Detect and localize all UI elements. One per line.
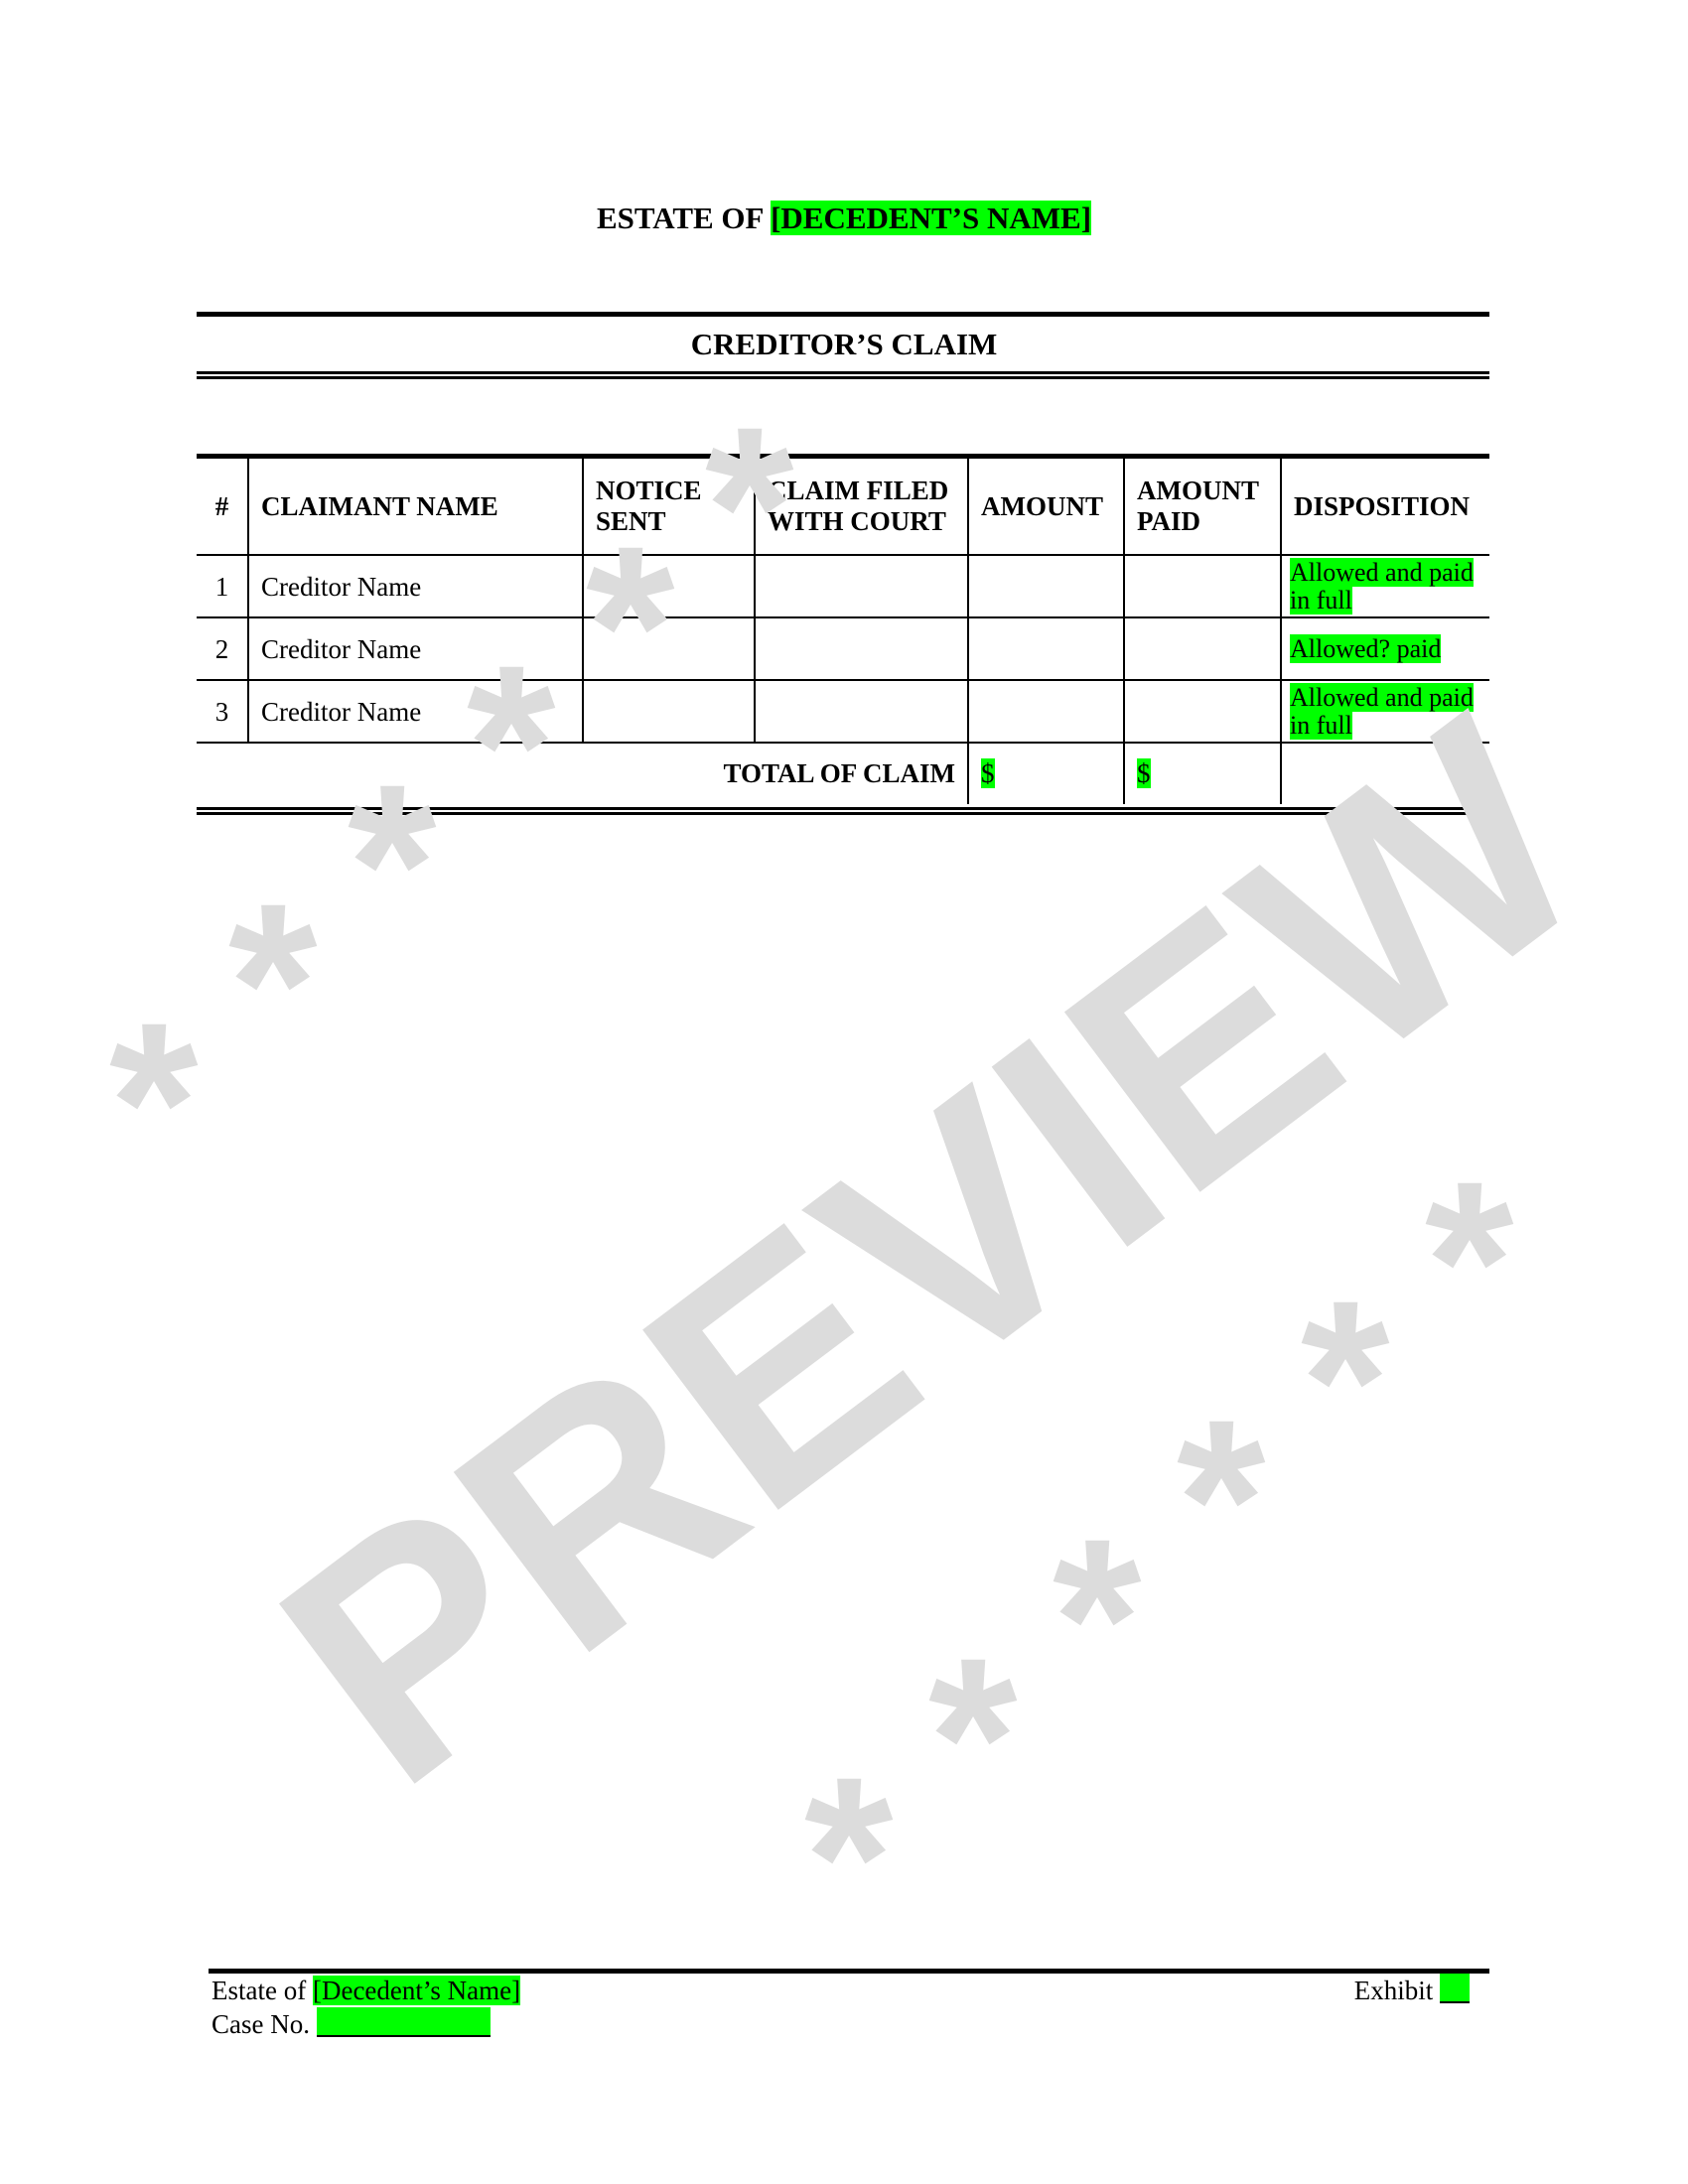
header-notice-sent: NOTICE SENT xyxy=(583,457,755,556)
amount-cell[interactable] xyxy=(968,680,1124,743)
claim-filed-cell[interactable] xyxy=(755,555,968,617)
total-amount-cell[interactable]: $ xyxy=(968,743,1124,804)
disposition-value: Allowed and paid in full xyxy=(1290,683,1474,740)
svg-text:*: * xyxy=(1053,1491,1142,1746)
claimant-name[interactable]: Creditor Name xyxy=(248,680,583,743)
header-amount-paid: AMOUNT PAID xyxy=(1124,457,1281,556)
svg-text:*: * xyxy=(1425,1134,1514,1389)
header-claim-filed: CLAIM FILED WITH COURT xyxy=(755,457,968,556)
exhibit-label: Exhibit xyxy=(1354,1976,1440,2005)
disposition-value: Allowed? paid xyxy=(1290,634,1441,663)
footer-left: Estate of [Decedent’s Name] Case No. xyxy=(211,1974,520,2041)
total-row: TOTAL OF CLAIM $ $ xyxy=(197,743,1489,804)
estate-heading: ESTATE OF [DECEDENT’S NAME] xyxy=(0,199,1688,238)
footer-case-label: Case No. xyxy=(211,2009,317,2039)
table-bottom-rule xyxy=(197,812,1489,815)
header-amount: AMOUNT xyxy=(968,457,1124,556)
total-label: TOTAL OF CLAIM xyxy=(197,743,968,804)
section-rule-double xyxy=(197,371,1489,374)
row-number: 3 xyxy=(197,680,248,743)
svg-text:*: * xyxy=(109,975,199,1230)
row-number: 1 xyxy=(197,555,248,617)
table-row: 2 Creditor Name Allowed? paid xyxy=(197,617,1489,680)
amount-paid-cell[interactable] xyxy=(1124,617,1281,680)
row-number: 2 xyxy=(197,617,248,680)
section-rule-top xyxy=(197,312,1489,317)
amount-paid-cell[interactable] xyxy=(1124,555,1281,617)
disposition-cell[interactable]: Allowed and paid in full xyxy=(1281,555,1489,617)
footer-right: Exhibit xyxy=(1354,1974,1470,2007)
table-header-row: # CLAIMANT NAME NOTICE SENT CLAIM FILED … xyxy=(197,457,1489,556)
svg-text:*: * xyxy=(1301,1253,1390,1508)
estate-heading-prefix: ESTATE OF xyxy=(597,201,771,235)
watermark-text: PREVIEW xyxy=(218,648,1648,1851)
header-disposition: DISPOSITION xyxy=(1281,457,1489,556)
header-number: # xyxy=(197,457,248,556)
claim-filed-cell[interactable] xyxy=(755,617,968,680)
svg-text:*: * xyxy=(928,1610,1018,1865)
footer-estate-prefix: Estate of xyxy=(211,1976,313,2005)
table-row: 1 Creditor Name Allowed and paid in full xyxy=(197,555,1489,617)
footer-decedent-name[interactable]: [Decedent’s Name] xyxy=(313,1976,520,2005)
section-title: CREDITOR’S CLAIM xyxy=(0,323,1688,366)
total-amount-paid: $ xyxy=(1137,758,1151,788)
notice-sent-cell[interactable] xyxy=(583,617,755,680)
section-rule-double xyxy=(197,376,1489,379)
notice-sent-cell[interactable] xyxy=(583,555,755,617)
disposition-cell[interactable]: Allowed? paid xyxy=(1281,617,1489,680)
total-amount: $ xyxy=(981,758,995,788)
svg-text:*: * xyxy=(1177,1372,1266,1627)
watermark-asterisks-lower: * * * * * * xyxy=(804,1134,1514,1984)
svg-text:*: * xyxy=(804,1729,894,1984)
claim-filed-cell[interactable] xyxy=(755,680,968,743)
claimant-name[interactable]: Creditor Name xyxy=(248,617,583,680)
total-disposition-cell xyxy=(1281,743,1489,804)
case-number-field[interactable] xyxy=(317,2007,491,2037)
claimant-name[interactable]: Creditor Name xyxy=(248,555,583,617)
total-amount-paid-cell[interactable]: $ xyxy=(1124,743,1281,804)
decedent-name-placeholder[interactable]: [DECEDENT’S NAME] xyxy=(771,201,1091,235)
disposition-cell[interactable]: Allowed and paid in full xyxy=(1281,680,1489,743)
table-bottom-rule xyxy=(197,807,1489,810)
svg-text:*: * xyxy=(228,856,318,1111)
amount-cell[interactable] xyxy=(968,555,1124,617)
table-row: 3 Creditor Name Allowed and paid in full xyxy=(197,680,1489,743)
notice-sent-cell[interactable] xyxy=(583,680,755,743)
claims-table: # CLAIMANT NAME NOTICE SENT CLAIM FILED … xyxy=(197,454,1489,804)
amount-cell[interactable] xyxy=(968,617,1124,680)
exhibit-number-field[interactable] xyxy=(1440,1974,1470,2003)
header-claimant-name: CLAIMANT NAME xyxy=(248,457,583,556)
amount-paid-cell[interactable] xyxy=(1124,680,1281,743)
disposition-value: Allowed and paid in full xyxy=(1290,558,1474,614)
